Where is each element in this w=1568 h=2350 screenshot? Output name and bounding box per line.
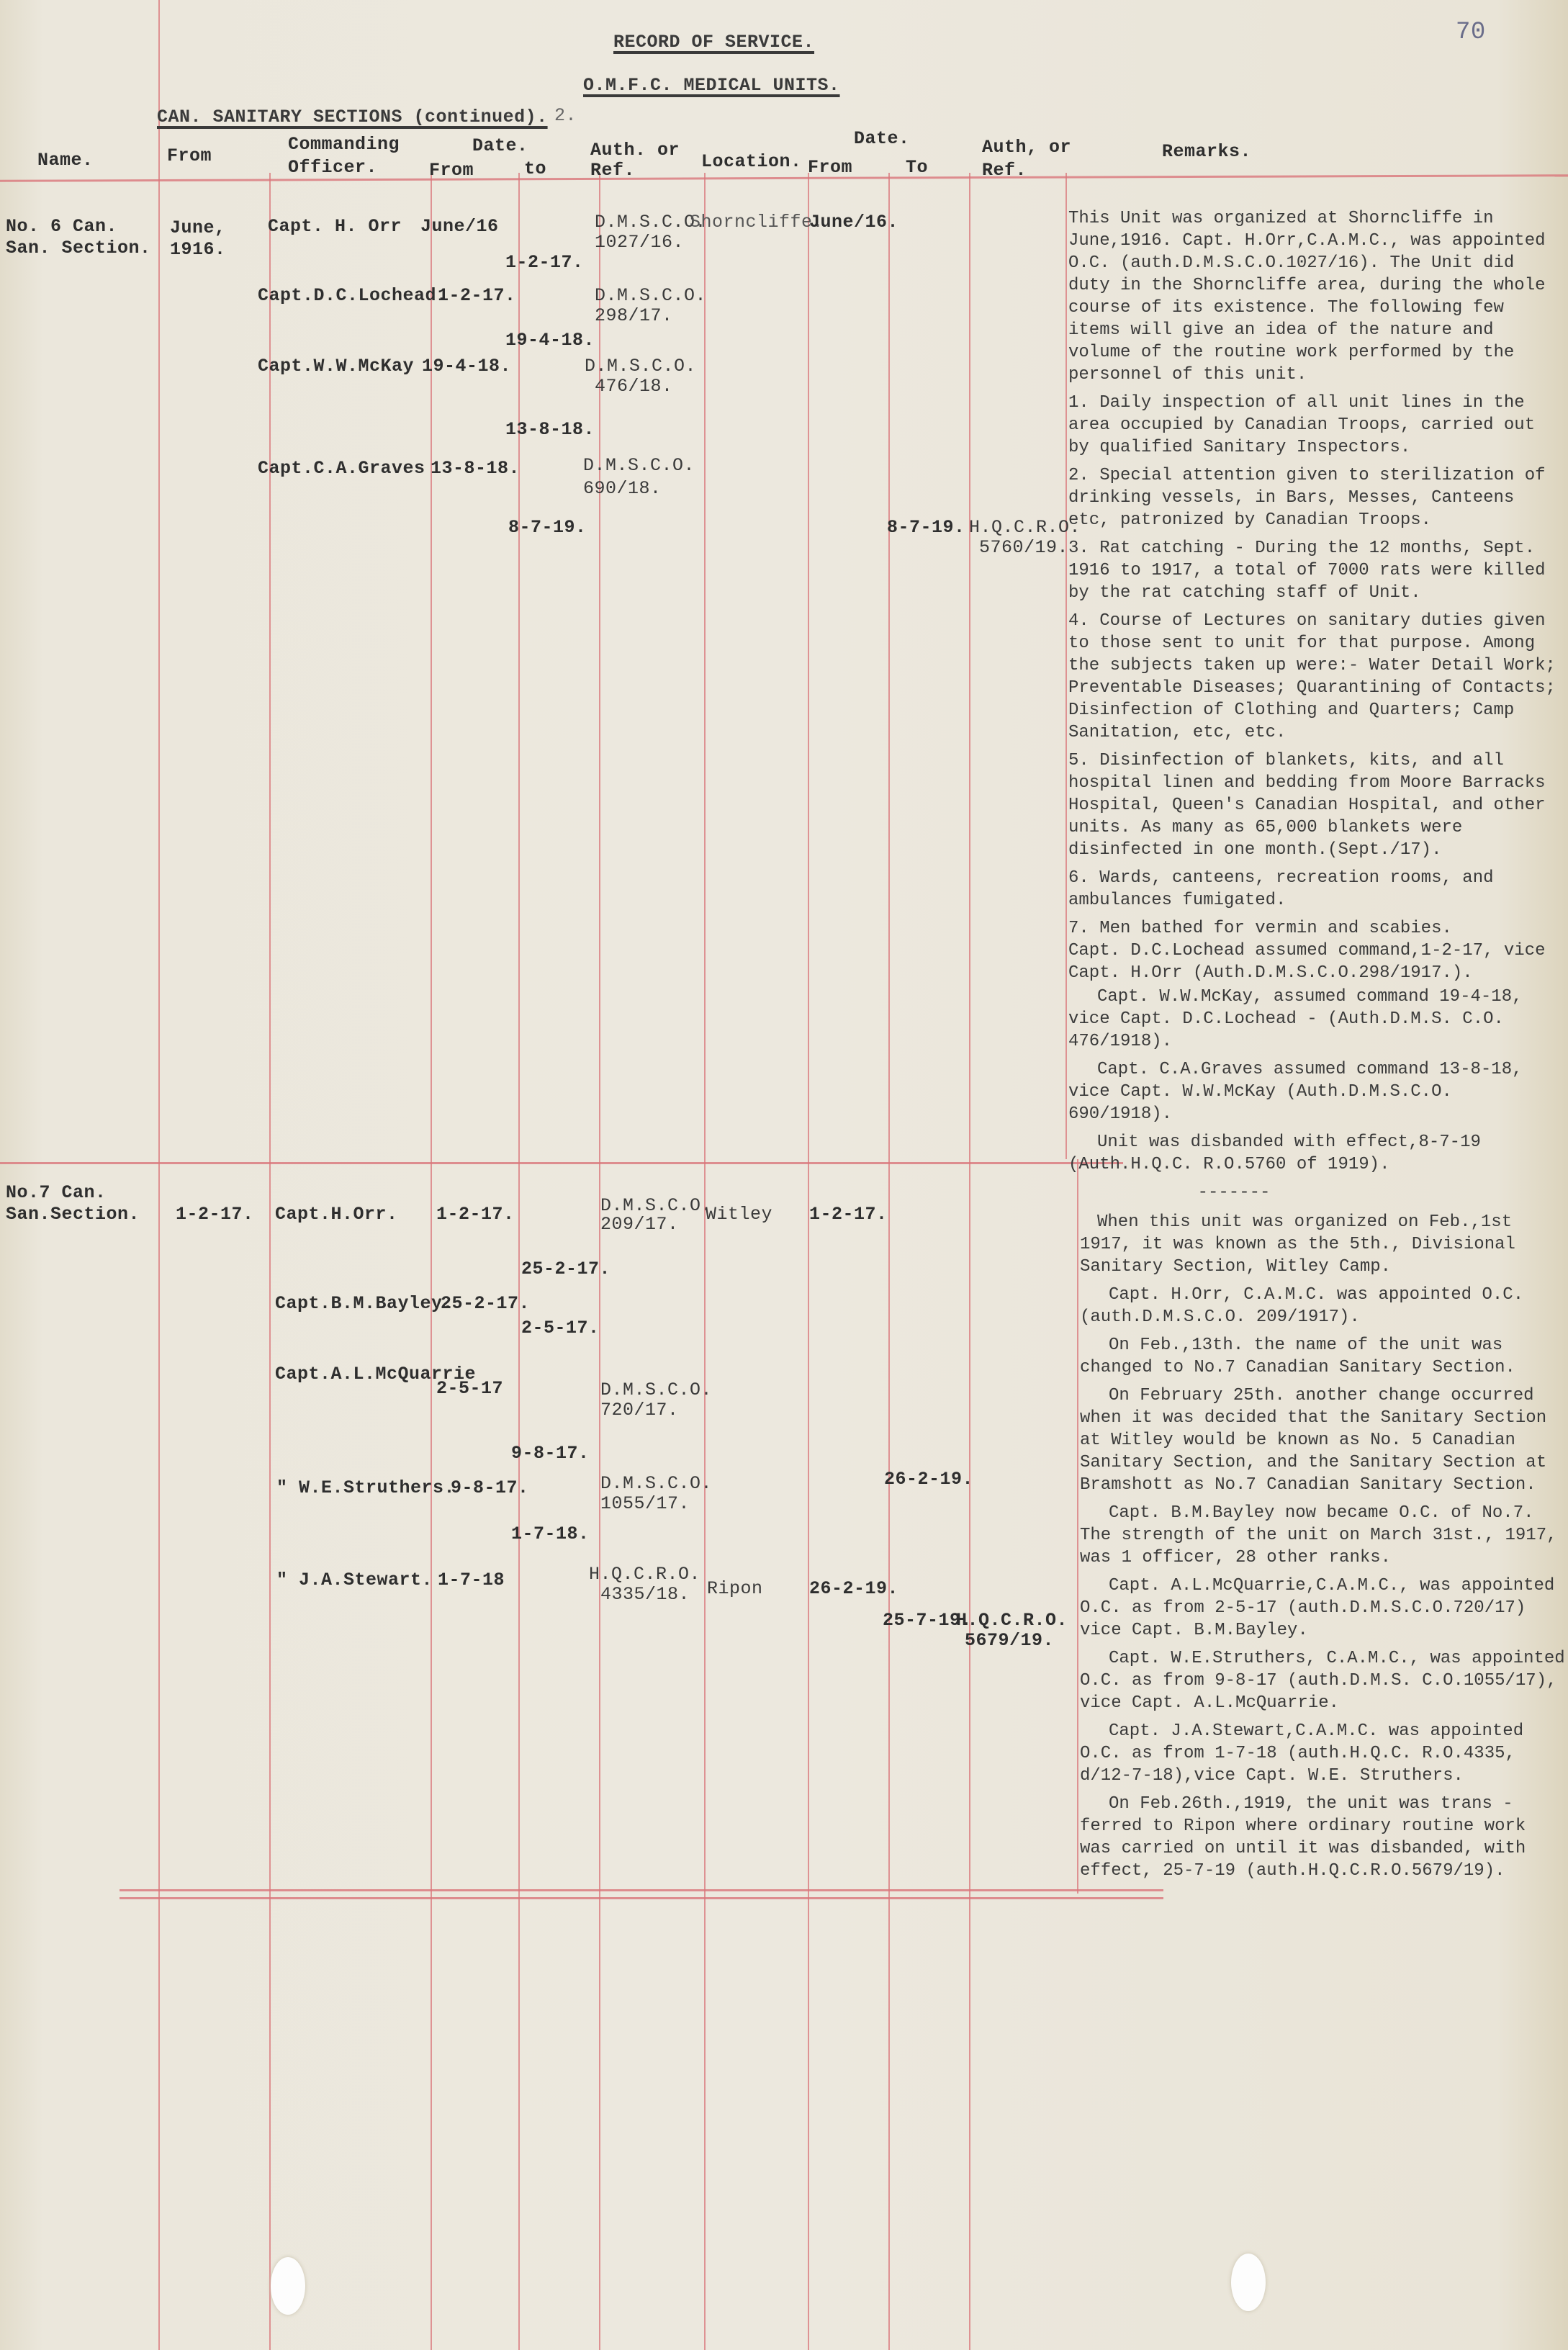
- remark-paragraph: Unit was disbanded with effect,8-7-19 (A…: [1068, 1131, 1565, 1176]
- unit-from: 1-2-17.: [176, 1204, 254, 1225]
- officer-to: 1-2-17.: [505, 252, 584, 274]
- column-rule: [969, 173, 970, 2350]
- officer-auth: H.Q.C.R.O.: [589, 1564, 700, 1585]
- remark-paragraph: 6. Wards, canteens, recreation rooms, an…: [1068, 867, 1565, 911]
- officer-auth: 476/18.: [595, 376, 673, 397]
- header-commanding-2: Officer.: [288, 157, 377, 179]
- unit-name: San.Section.: [6, 1204, 140, 1225]
- remarks-unit-7: When this unit was organized on Feb.,1st…: [1080, 1211, 1565, 1888]
- officer-from: 1-2-17.: [438, 285, 516, 307]
- page-title: RECORD OF SERVICE.: [613, 32, 814, 53]
- location-to: 8-7-19.: [887, 517, 965, 539]
- page-subtitle: O.M.F.C. MEDICAL UNITS.: [583, 75, 840, 96]
- unit-name: No. 6 Can.: [6, 216, 117, 238]
- remark-paragraph: When this unit was organized on Feb.,1st…: [1080, 1211, 1565, 1278]
- header-date-from-1: From: [429, 160, 474, 181]
- header-name: Name.: [37, 150, 94, 171]
- remark-paragraph: On February 25th. another change occurre…: [1080, 1385, 1565, 1496]
- unit-separator-rule: [0, 1162, 1123, 1164]
- officer-auth: 209/17.: [600, 1214, 679, 1235]
- header-date-to-2: To: [906, 157, 928, 179]
- remark-paragraph: On Feb.,13th. the name of the unit was c…: [1080, 1334, 1565, 1379]
- remark-paragraph: Capt. H.Orr, C.A.M.C. was appointed O.C.…: [1080, 1284, 1565, 1328]
- officer-auth: D.M.S.C.O.: [600, 1379, 712, 1401]
- officer-auth: 1027/16.: [595, 232, 684, 253]
- location-from: 26-2-19.: [809, 1578, 898, 1600]
- remark-separator: -------: [1068, 1181, 1400, 1204]
- remark-paragraph: 3. Rat catching - During the 12 months, …: [1068, 537, 1565, 604]
- column-rule: [1077, 1159, 1078, 1894]
- officer-auth: 690/18.: [583, 478, 662, 500]
- location-from: June/16.: [809, 212, 898, 233]
- officer-name: Capt.H.Orr.: [275, 1204, 398, 1225]
- officer-auth: 298/17.: [595, 305, 673, 327]
- location-to: 26-2-19.: [884, 1469, 973, 1490]
- bottom-double-rule: [120, 1889, 1163, 1891]
- officer-name: Capt.W.W.McKay: [258, 356, 414, 377]
- location-auth: 5760/19.: [979, 537, 1068, 559]
- section-title: CAN. SANITARY SECTIONS (continued).: [157, 107, 548, 128]
- remark-paragraph: Capt. D.C.Lochead assumed command,1-2-17…: [1068, 940, 1565, 984]
- officer-name: " J.A.Stewart.: [276, 1570, 433, 1591]
- officer-from: 1-2-17.: [436, 1204, 515, 1225]
- location-auth: 5679/19.: [965, 1630, 1054, 1652]
- header-location: Location.: [701, 151, 802, 173]
- officer-from: 1-7-18: [438, 1570, 505, 1591]
- officer-to: 8-7-19.: [508, 517, 587, 539]
- officer-auth: D.M.S.C.O.: [583, 455, 695, 477]
- officer-from: June/16: [420, 216, 499, 238]
- column-rule: [704, 173, 706, 2350]
- remark-paragraph: 5. Disinfection of blankets, kits, and a…: [1068, 749, 1565, 861]
- officer-from: 25-2-17.: [441, 1293, 530, 1315]
- section-mark: 2.: [554, 105, 577, 127]
- page-number: 70: [1456, 22, 1486, 43]
- header-auth-1b: Ref.: [590, 160, 635, 181]
- header-date-2: Date.: [854, 128, 910, 150]
- column-rule: [158, 0, 160, 2350]
- remark-paragraph: 2. Special attention given to sterilizat…: [1068, 464, 1565, 531]
- officer-to: 19-4-18.: [505, 330, 595, 351]
- officer-to: 1-7-18.: [511, 1523, 590, 1545]
- officer-auth: 720/17.: [600, 1400, 679, 1421]
- officer-from: 13-8-18.: [431, 458, 520, 480]
- officer-auth: D.M.S.C.O.: [595, 285, 706, 307]
- header-auth-2b: Ref.: [982, 160, 1027, 181]
- officer-from: 2-5-17: [436, 1378, 503, 1400]
- officer-name: Capt. H. Orr: [268, 216, 402, 238]
- column-rule: [518, 173, 520, 2350]
- unit-name: No.7 Can.: [6, 1182, 107, 1204]
- column-rule: [1065, 173, 1067, 1159]
- remark-paragraph: Capt. B.M.Bayley now became O.C. of No.7…: [1080, 1502, 1565, 1569]
- officer-name: Capt.D.C.Lochead.: [258, 285, 448, 307]
- remark-paragraph: Capt. J.A.Stewart,C.A.M.C. was appointed…: [1080, 1720, 1565, 1787]
- officer-to: 25-2-17.: [521, 1259, 610, 1280]
- remark-paragraph: Capt. W.E.Struthers, C.A.M.C., was appoi…: [1080, 1647, 1565, 1714]
- remarks-unit-6: This Unit was organized at Shorncliffe i…: [1068, 207, 1565, 1210]
- location-auth: H.Q.C.R.O.: [956, 1610, 1068, 1631]
- remark-paragraph: Capt. A.L.McQuarrie,C.A.M.C., was appoin…: [1080, 1575, 1565, 1642]
- remark-paragraph: 4. Course of Lectures on sanitary duties…: [1068, 610, 1565, 744]
- remark-paragraph: On Feb.26th.,1919, the unit was trans - …: [1080, 1793, 1565, 1882]
- binder-hole: [1231, 2254, 1266, 2311]
- officer-to: 2-5-17.: [521, 1318, 600, 1339]
- location-from: 1-2-17.: [809, 1204, 888, 1225]
- bottom-double-rule: [120, 1897, 1163, 1899]
- remark-paragraph: Capt. C.A.Graves assumed command 13-8-18…: [1068, 1058, 1565, 1125]
- unit-from: 1916.: [170, 239, 226, 261]
- header-remarks: Remarks.: [1162, 141, 1251, 163]
- officer-auth: 1055/17.: [600, 1493, 690, 1515]
- header-commanding-1: Commanding: [288, 134, 400, 156]
- officer-auth: D.M.S.C.O.: [600, 1473, 712, 1495]
- location-name: Ripon: [707, 1578, 763, 1600]
- remark-paragraph: This Unit was organized at Shorncliffe i…: [1068, 207, 1565, 386]
- header-auth-2a: Auth, or: [982, 137, 1071, 158]
- header-rule: [0, 174, 1568, 182]
- officer-from: 19-4-18.: [422, 356, 511, 377]
- officer-auth: 4335/18.: [600, 1584, 690, 1606]
- column-rule: [888, 173, 890, 2350]
- header-date-1: Date.: [472, 135, 528, 157]
- location-name: Witley: [706, 1204, 772, 1225]
- officer-to: 13-8-18.: [505, 419, 595, 441]
- header-from: From: [167, 145, 212, 167]
- header-auth-1a: Auth. or: [590, 140, 680, 161]
- officer-name: Capt.C.A.Graves: [258, 458, 425, 480]
- remark-paragraph: 7. Men bathed for vermin and scabies.: [1068, 917, 1565, 940]
- column-rule: [269, 173, 271, 2350]
- remark-paragraph: Capt. W.W.McKay, assumed command 19-4-18…: [1068, 986, 1565, 1053]
- location-auth: H.Q.C.R.O.: [969, 517, 1081, 539]
- column-rule: [431, 173, 432, 2350]
- header-date-from-2: From: [808, 157, 852, 179]
- binder-hole: [271, 2257, 305, 2315]
- officer-from: 9-8-17.: [451, 1477, 529, 1499]
- officer-to: 9-8-17.: [511, 1443, 590, 1464]
- unit-from: June,: [170, 217, 226, 239]
- header-date-to-1: to: [524, 158, 546, 180]
- officer-name: Capt.B.M.Bayley.: [275, 1293, 454, 1315]
- remark-paragraph: 1. Daily inspection of all unit lines in…: [1068, 392, 1565, 459]
- officer-name: " W.E.Struthers.: [276, 1477, 455, 1499]
- unit-name: San. Section.: [6, 238, 151, 259]
- column-rule: [808, 173, 809, 2350]
- officer-auth: D.M.S.C.O.: [585, 356, 696, 377]
- location-name: Shorncliffe.: [690, 212, 824, 233]
